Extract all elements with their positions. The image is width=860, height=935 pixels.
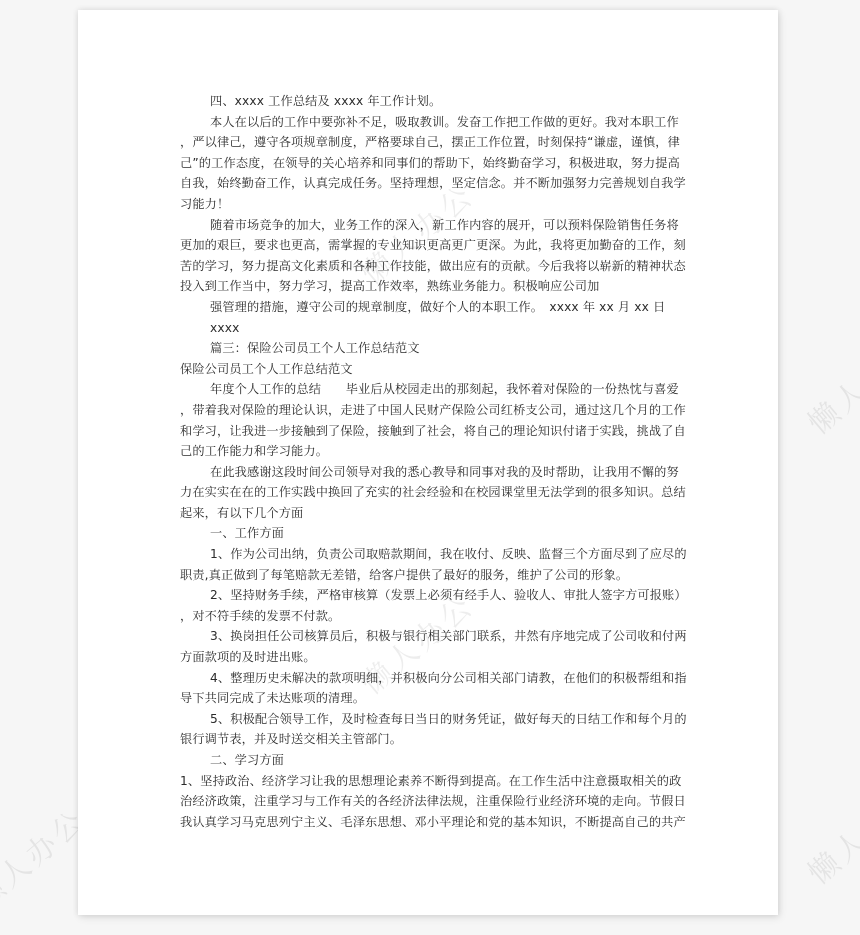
document-line: 己的工作能力和学习能力。 (180, 441, 674, 462)
document-line: 方面款项的及时进出账。 (180, 647, 674, 668)
document-line: 己”的工作态度，在领导的关心培养和同事们的帮助下，始终勤奋学习，积极进取，努力提… (180, 153, 674, 174)
document-line: 职责,真正做到了每笔赔款无差错，给客户提供了最好的服务，维护了公司的形象。 (180, 565, 674, 586)
document-line: 二、学习方面 (180, 750, 674, 771)
document-line: xxxx (180, 318, 674, 339)
document-line: ，对不符手续的发票不付款。 (180, 606, 674, 627)
document-body: 四、xxxx 工作总结及 xxxx 年工作计划。本人在以后的工作中要弥补不足，吸… (180, 91, 674, 832)
document-line: 3、换岗担任公司核算员后，积极与银行相关部门联系，井然有序地完成了公司收和付两 (180, 626, 674, 647)
document-line: 自我，始终勤奋工作，认真完成任务。坚持理想，坚定信念。并不断加强努力完善规划自我… (180, 173, 674, 194)
document-line: 4、整理历史未解决的款项明细，并积极向分公司相关部门请教，在他们的积极帮组和指 (180, 668, 674, 689)
document-line: ，带着我对保险的理论认识，走进了中国人民财产保险公司红桥支公司，通过这几个月的工… (180, 400, 674, 421)
document-line: 年度个人工作的总结 毕业后从校园走出的那刻起，我怀着对保险的一份热忱与喜爱 (180, 379, 674, 400)
document-line: 治经济政策，注重学习与工作有关的各经济法律法规，注重保险行业经济环境的走向。节假… (180, 791, 674, 812)
document-line: 一、工作方面 (180, 523, 674, 544)
document-line: 1、坚持政治、经济学习让我的思想理论素养不断得到提高。在工作生活中注意摄取相关的… (180, 771, 674, 792)
document-line: ，严以律己，遵守各项规章制度，严格要球自己，摆正工作位置，时刻保持“谦虚，谨慎，… (180, 132, 674, 153)
document-line: 四、xxxx 工作总结及 xxxx 年工作计划。 (180, 91, 674, 112)
document-line: 和学习，让我进一步接触到了保险，接触到了社会，将自己的理论知识付诸于实践，挑战了… (180, 421, 674, 442)
document-line: 苦的学习，努力提高文化素质和各种工作技能，做出应有的贡献。今后我将以崭新的精神状… (180, 256, 674, 277)
document-line: 2、坚持财务手续，严格审核算（发票上必须有经手人、验收人、审批人签字方可报账） (180, 585, 674, 606)
document-line: 银行调节表，并及时送交相关主管部门。 (180, 729, 674, 750)
document-line: 导下共同完成了未达账项的清理。 (180, 688, 674, 709)
document-line: 起来，有以下几个方面 (180, 503, 674, 524)
document-line: 篇三：保险公司员工个人工作总结范文 (180, 338, 674, 359)
document-line: 随着市场竞争的加大，业务工作的深入，新工作内容的展开，可以预料保险销售任务将 (180, 215, 674, 236)
document-line: 本人在以后的工作中要弥补不足，吸取教训。发奋工作把工作做的更好。我对本职工作 (180, 112, 674, 133)
document-line: 力在实实在在的工作实践中换回了充实的社会经验和在校园课堂里无法学到的很多知识。总… (180, 482, 674, 503)
document-line: 更加的艰巨，要求也更高，需掌握的专业知识更高更广更深。为此，我将更加勤奋的工作，… (180, 235, 674, 256)
document-line: 习能力！ (180, 194, 674, 215)
document-line: 1、作为公司出纳，负责公司取赔款期间，我在收付、反映、监督三个方面尽到了应尽的 (180, 544, 674, 565)
document-page: 懒人办公 懒人办公 四、xxxx 工作总结及 xxxx 年工作计划。本人在以后的… (78, 10, 778, 915)
watermark-right-bottom: 懒人办公 (797, 771, 860, 892)
watermark-right-middle: 懒人办公 (797, 321, 860, 442)
document-line: 投入到工作当中，努力学习，提高工作效率，熟练业务能力。积极响应公司加 (180, 276, 674, 297)
document-line: 保险公司员工个人工作总结范文 (180, 359, 674, 380)
document-line: 在此我感谢这段时间公司领导对我的悉心教导和同事对我的及时帮助，让我用不懈的努 (180, 462, 674, 483)
document-line: 我认真学习马克思列宁主义、毛泽东思想、邓小平理论和党的基本知识，不断提高自己的共… (180, 812, 674, 833)
document-line: 5、积极配合领导工作，及时检查每日当日的财务凭证，做好每天的日结工作和每个月的 (180, 709, 674, 730)
document-line: 强管理的措施，遵守公司的规章制度，做好个人的本职工作。 xxxx 年 xx 月 … (180, 297, 674, 318)
